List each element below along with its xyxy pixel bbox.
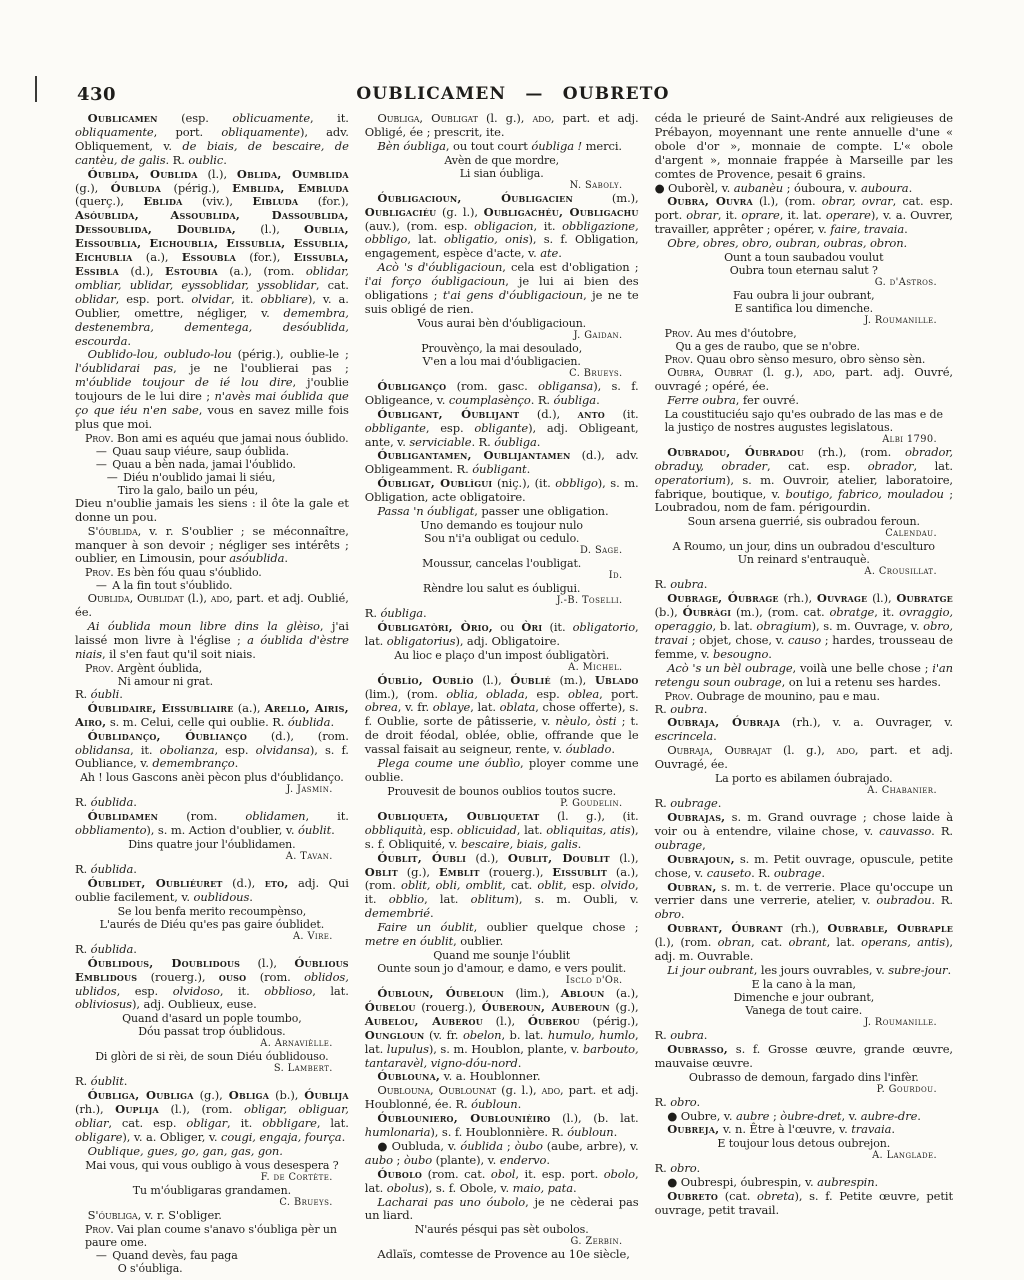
italic-text: óublit: [91, 1074, 124, 1088]
headword: Óubràgi: [683, 605, 732, 619]
italic-text: obbligante: [365, 421, 426, 435]
italic-text: t'ai gens d'óubligacioun: [443, 288, 583, 302]
headword: Óubligacioun, Óubligacien: [377, 191, 573, 205]
headword: Óublidamen: [88, 809, 159, 823]
italic-text: cauvasso: [879, 824, 931, 838]
dictionary-entry: Óubligacioun, Óubligacien (m.), Oubligac…: [365, 192, 639, 262]
italic-text: óubliga !: [531, 139, 582, 153]
dictionary-entry: Oublicamen (esp. oblicuamente, it. obliq…: [75, 112, 349, 168]
small-caps-text: Prov.: [85, 662, 114, 675]
italic-text: m'óublide toujour de ié lou dire: [75, 375, 293, 389]
dictionary-entry: Óublidet, Oubliéuret (d.), eto, adj. Qui…: [75, 877, 349, 905]
dictionary-entry: Oubradou, Óubradou (rh.), (rom. obrador,…: [655, 446, 953, 516]
italic-text: óublida: [91, 795, 134, 809]
dictionary-entry: Óubligat, Oublìgui (niç.), (it. obbligo)…: [365, 477, 639, 505]
dictionary-entry: Óubolo (rom. cat. obol, it. esp. port. o…: [365, 1168, 639, 1196]
italic-text: obran: [718, 935, 752, 949]
italic-text: nèulo, òsti: [555, 714, 616, 728]
headword: Óublit, Óubli: [377, 851, 466, 865]
dictionary-entry: Óublidamen (rom. oblidamen, it. obbliame…: [75, 810, 349, 838]
small-caps-text: ado,: [542, 1083, 564, 1097]
italic-text: lupulus: [387, 1042, 429, 1056]
headword: Oublit, Doublit: [508, 851, 610, 865]
italic-text: oblit: [537, 878, 563, 892]
headword: Óuberoun, Auberoun: [482, 1000, 610, 1014]
paragraph: Oublouna, Oublounat (g. l.), ado, part. …: [365, 1084, 639, 1112]
dictionary-entry: Óublouna, v. a. Houblonner.: [365, 1070, 639, 1084]
small-caps-text: Prov.: [665, 327, 694, 340]
italic-text: óublida: [460, 1139, 503, 1153]
italic-text: obliquitas, atis: [546, 823, 630, 837]
italic-text: obbligare: [262, 1116, 317, 1130]
italic-text: óubligant: [472, 462, 526, 476]
paragraph: Acò 's d'óubligacioun, cela est d'obliga…: [365, 261, 639, 317]
headword: Essoubla: [182, 250, 236, 264]
dictionary-entry: Oubliqueta, Oubliquetat (l. g.), (it. ob…: [365, 810, 639, 852]
citation-author: J. Roumanille.: [655, 315, 953, 327]
italic-text: obligansa: [538, 379, 593, 393]
headword: ouso: [219, 970, 247, 984]
headword: Oubreja,: [667, 1122, 719, 1136]
etymology-ref: R. óublit.: [75, 1075, 349, 1089]
dictionary-entry: Óublit, Óubli (d.), Oublit, Doublit (l.)…: [365, 852, 639, 922]
italic-text: oubra: [670, 1028, 704, 1042]
italic-text: aubo: [365, 1153, 393, 1167]
paragraph: Adlaïs, comtesse de Provence au 10e sièc…: [365, 1248, 639, 1262]
italic-text: obligatorius: [387, 634, 456, 648]
dictionary-entry: Oubreto (cat. obreta), s. f. Petite œuvr…: [655, 1190, 953, 1218]
italic-text: Passa 'n óubligat: [377, 504, 474, 518]
italic-text: oblata: [500, 700, 536, 714]
italic-text: obol: [491, 1167, 516, 1181]
proverb: Prov. Vai plan coume s'anavo s'óubliga p…: [75, 1223, 349, 1275]
citation-verse: Soun arsena guerrié, sis oubradou feroun…: [655, 515, 953, 528]
small-caps-text: ado,: [813, 365, 835, 379]
italic-text: obbliare: [260, 292, 307, 306]
italic-text: maio, pata: [513, 1181, 573, 1195]
etymology-ref: R. óublida.: [75, 943, 349, 957]
italic-text: Lacharai pas uno óubolo: [377, 1195, 525, 1209]
headword: Óubluda: [111, 181, 161, 195]
italic-text: olvidoso: [173, 984, 220, 998]
italic-text: aubrespin: [817, 1175, 874, 1189]
italic-text: óubliga: [380, 606, 423, 620]
headword: Oubreto: [667, 1189, 718, 1203]
citation-verse: Uno demando es toujour nuloSou n'i'a oub…: [365, 519, 639, 545]
italic-text: humlonaria: [365, 1125, 431, 1139]
headword: Oubran,: [667, 880, 716, 894]
dictionary-entry: Óubligant, Óublijant (d.), anto (it. obb…: [365, 408, 639, 450]
italic-text: obrar: [686, 208, 718, 222]
citation-verse: N'aurés pésqui pas sèt oubolos.: [365, 1223, 639, 1236]
column-right: céda le prieuré de Saint-André aux relig…: [655, 112, 953, 1275]
proverb: Prov. Bon ami es aquéu que jamai nous óu…: [75, 432, 349, 497]
italic-text: asóublida: [229, 551, 284, 565]
italic-text: Faire un óublit: [377, 920, 473, 934]
citation-verse: Moussur, cancelas l'oubligat.: [365, 557, 639, 570]
italic-text: obolianza: [160, 743, 215, 757]
headword: Oubradou, Óubradou: [667, 445, 804, 459]
italic-text: Ferre oubra: [667, 393, 736, 407]
italic-text: humulo, humlo: [548, 1028, 635, 1042]
etymology-ref: R. óublida.: [75, 796, 349, 810]
italic-text: Bèn óubliga: [377, 139, 445, 153]
etymology-ref: R. oubra.: [655, 578, 953, 592]
citation-verse: Quand d'asard un pople toumbo,Dóu passat…: [75, 1012, 349, 1038]
text-columns: Oublicamen (esp. oblicuamente, it. obliq…: [75, 112, 953, 1275]
etymology-ref: R. oubra.: [655, 1029, 953, 1043]
italic-text: causeto: [707, 866, 751, 880]
italic-text: Oublique, gues, go, gan, gas, gon.: [88, 1144, 283, 1158]
headword: Ouplija: [115, 1102, 159, 1116]
italic-text: obligatorio: [573, 620, 635, 634]
dictionary-entry: Óublidanço, Óublianço (d.), (rom. oblida…: [75, 730, 349, 772]
italic-text: obligante: [474, 421, 528, 435]
headword: Óublouna,: [377, 1069, 440, 1083]
headword: Ublado: [595, 673, 639, 687]
paragraph: Oubra, Oubrat (l. g.), ado, part. adj. O…: [655, 366, 953, 394]
proverb: La coustituciéu sajo qu'es oubrado de la…: [655, 408, 953, 434]
italic-text: obliquamente: [75, 125, 154, 139]
headword: Óublouniero, Oublounièiro: [377, 1111, 550, 1125]
headword: Emblida, Embluda: [232, 181, 349, 195]
headword: Emblit: [439, 865, 480, 879]
headword: Óubloun, Óubeloun: [377, 986, 504, 1000]
headword: Óubelou: [365, 1000, 416, 1014]
italic-text: òubo: [515, 1139, 543, 1153]
italic-text: oblidar: [75, 292, 116, 306]
etymology-ref: R. oubra.: [655, 703, 953, 717]
italic-text: ate: [540, 246, 558, 260]
italic-text: oubrage: [655, 838, 703, 852]
italic-text: obblio: [389, 892, 424, 906]
italic-text: óubliga: [554, 393, 597, 407]
etymology-ref: R. obro.: [655, 1162, 953, 1176]
dictionary-entry: Oubreja, v. n. Être à l'œuvre, v. travai…: [655, 1123, 953, 1137]
small-caps-text: S'óubliga,: [88, 1208, 142, 1222]
italic-text: oublic: [188, 153, 223, 167]
citation-author: Calendau.: [655, 528, 953, 540]
italic-text: a óublida d'èstre niais: [75, 633, 349, 661]
headword: Óubligant, Óublijant: [377, 407, 519, 421]
italic-text: bescaire, biais, galis: [461, 837, 578, 851]
headword: Óublié: [510, 673, 550, 687]
italic-text: obro: [655, 907, 681, 921]
paragraph: Faire un óublit, oublier quelque chose ;…: [365, 921, 639, 949]
italic-text: besougno: [713, 647, 768, 661]
italic-text: obligacion: [474, 219, 533, 233]
paragraph: Plega coume une óublìo, ployer comme une…: [365, 757, 639, 785]
headword: Óublidous, Doublidous: [88, 956, 241, 970]
citation-verse: E toujour lous detous oubrejon.: [655, 1137, 953, 1150]
headword: Oubligaciéu: [365, 205, 437, 219]
dictionary-entry: Óubligatòri, Òrio, ou Òri (it. obligator…: [365, 621, 639, 649]
paragraph: S'óublida, v. r. S'oublier ; se méconnaî…: [75, 525, 349, 567]
headword: Óublidaire, Eissubliaire: [88, 701, 234, 715]
italic-text: oblicuidad: [457, 823, 517, 837]
headword: Óublidanço, Óublianço: [88, 729, 247, 743]
italic-text: subre-jour: [888, 963, 947, 977]
citation-verse: Dins quatre jour l'óublidamen.: [75, 838, 349, 851]
headword: Obliga: [229, 1088, 269, 1102]
etymology-ref: R. obro.: [655, 1096, 953, 1110]
dictionary-entry: Oubrajas, s. m. Grand ouvrage ; chose la…: [655, 811, 953, 853]
headword: Óubliganço: [377, 379, 446, 393]
dictionary-entry: Oubrasso, s. f. Grosse œuvre, grande œuv…: [655, 1043, 953, 1071]
italic-text: oubrage: [670, 796, 718, 810]
italic-text: travaia: [851, 1122, 891, 1136]
proverb: Prov. Au mes d'óutobre, Qu a ges de raub…: [655, 327, 953, 353]
italic-text: Acò 's d'óubligacioun: [377, 260, 502, 274]
citation-verse: La porto es abilamen óubrajado.: [655, 772, 953, 785]
italic-text: operatorium: [655, 473, 726, 487]
headword: Oubrasso,: [667, 1042, 728, 1056]
headword: Ouvrage: [817, 591, 867, 605]
dictionary-entry: Óubliganço (rom. gasc. obligansa), s. f.…: [365, 380, 639, 408]
small-caps-text: S'óublida,: [88, 524, 142, 538]
headword: eto,: [265, 876, 289, 890]
paragraph-continuation: Dieu n'oublie jamais les siens : il ôte …: [75, 497, 349, 525]
headword: Oublicamen: [88, 111, 158, 125]
italic-text: endervo: [500, 1153, 547, 1167]
etymology-ref: R. óubli.: [75, 688, 349, 702]
italic-text: obblioso: [264, 984, 312, 998]
paragraph: Acò 's un bèl oubrage, voilà une belle c…: [655, 662, 953, 690]
small-caps-text: Oubliga, Oubligat: [377, 111, 477, 125]
italic-text: obragium: [756, 619, 811, 633]
italic-text: demembranço: [152, 756, 234, 770]
italic-text: óubli: [91, 687, 120, 701]
etymology-ref: R. oubrage.: [655, 797, 953, 811]
italic-text: Ai óublida moun libre dins la glèiso: [88, 619, 320, 633]
dictionary-entry: Oubran, s. m. t. de verrerie. Place qu'o…: [655, 881, 953, 923]
italic-text: olvido: [601, 878, 635, 892]
headword: Óubligat, Oublìgui: [377, 476, 492, 490]
citation-verse: Rèndre lou salut es óubligui.: [365, 582, 639, 595]
small-caps-text: Oublida, Oublidat: [88, 591, 184, 605]
italic-text: oubrage: [774, 866, 822, 880]
citation-verse: Prouvesit de bounos oublios toutos sucre…: [365, 785, 639, 798]
headword: Oblida, Oumblida: [237, 167, 349, 181]
italic-text: óubloun: [567, 1125, 613, 1139]
italic-text: obrea: [365, 700, 398, 714]
italic-text: oblit, obli, omblit: [401, 878, 502, 892]
dictionary-entry: Óublidaire, Eissubliaire (a.), Arello, A…: [75, 702, 349, 730]
citation-verse: Se lou benfa merito recoumpènso,L'aurés …: [75, 905, 349, 931]
dictionary-entry: Óublouniero, Oublounièiro (l.), (b. lat.…: [365, 1112, 639, 1140]
italic-text: l'óublidarai pas: [75, 361, 173, 375]
italic-text: obrador: [868, 459, 914, 473]
italic-text: obolus: [387, 1181, 425, 1195]
paragraph: Passa 'n óubligat, passer une obligation…: [365, 505, 639, 519]
italic-text: óubloun: [471, 1097, 517, 1111]
italic-text: Li jour oubrant: [667, 963, 754, 977]
italic-text: causo: [788, 633, 821, 647]
paragraph: S'óubliga, v. r. S'obliger.: [75, 1209, 349, 1223]
dictionary-entry: Óublidous, Doublidous (l.), Óublious Emb…: [75, 957, 349, 1013]
headword: Oubrajas,: [667, 810, 725, 824]
headword: Aubelou, Auberou: [365, 1014, 483, 1028]
citation-author: D. Sage.: [365, 545, 639, 557]
citation-verse: Ount a toun saubadou voulutOubra toun et…: [655, 251, 953, 277]
italic-text: aubre: [736, 1109, 769, 1123]
italic-text: operare: [826, 208, 871, 222]
dictionary-entry: Oubrant, Óubrant (rh.), Oubrable, Oubrap…: [655, 922, 953, 964]
proverb: Prov. Es bèn fóu quau s'óublido. — A la …: [75, 566, 349, 592]
running-head: OUBLICAMEN — OUBRETO: [75, 82, 951, 104]
citation-verse: Fau oubra li jour oubrant,E santifica lo…: [655, 289, 953, 315]
paragraph: ● Oubrespi, óubrespin, v. aubrespin.: [655, 1176, 953, 1190]
headword: Oubrant, Óubrant: [667, 921, 782, 935]
italic-text: òubo: [404, 1153, 432, 1167]
italic-text: escrincela: [655, 729, 714, 743]
small-caps-text: Oublouna, Oublounat: [377, 1083, 496, 1097]
italic-text: Acò 's un bèl oubrage: [667, 661, 792, 675]
italic-text: obratge: [829, 605, 874, 619]
paragraph: Ferre oubra, fer ouvré.: [655, 394, 953, 408]
citation-verse: Quand me sounje l'óublitOunte soun jo d'…: [365, 949, 639, 975]
small-caps-text: Prov.: [85, 566, 114, 579]
headword: Óublida, Oublida: [88, 167, 198, 181]
italic-text: aubre-dre: [861, 1109, 918, 1123]
citation-verse: Di glòri de si rèi, de soun Diéu óublido…: [75, 1050, 349, 1063]
italic-text: obbligo: [555, 476, 598, 490]
paragraph: Obre, obres, obro, oubran, oubras, obron…: [655, 237, 953, 251]
italic-text: óublida: [288, 715, 331, 729]
italic-text: oubra: [670, 702, 704, 716]
italic-text: serviciable: [409, 435, 471, 449]
headword: Oubrage, Óubrage: [667, 591, 779, 605]
small-caps-text: Prov.: [85, 1223, 114, 1236]
citation-verse: Ah ! lous Gascons anèi pècon plus d'óubl…: [75, 771, 349, 784]
dictionary-entry: Óubliga, Oubliga (g.), Obliga (b.), Óubl…: [75, 1089, 349, 1145]
small-caps-text: ado,: [836, 743, 858, 757]
headword: Eibluda: [252, 194, 298, 208]
headword: Oungloun: [365, 1028, 425, 1042]
headword: Óublìo, Oublìo: [377, 673, 473, 687]
paragraph: Lacharai pas uno óubolo, je ne cèderai p…: [365, 1196, 639, 1224]
etymology-ref: R. óublida.: [75, 863, 349, 877]
paragraph: Ai óublida moun libre dins la glèiso, j'…: [75, 620, 349, 662]
citation-author: P. Gourdou.: [655, 1084, 953, 1096]
italic-text: oblitum: [471, 892, 515, 906]
italic-text: óublida: [91, 942, 134, 956]
italic-text: oblea: [568, 687, 599, 701]
italic-text: oblaye: [433, 700, 471, 714]
italic-text: oblidansa: [75, 743, 130, 757]
italic-text: operans, antis: [861, 935, 945, 949]
headword: Óubliga, Oubliga: [88, 1088, 194, 1102]
paragraph: Oublido-lou, oubludo-lou (périg.), oubli…: [75, 348, 349, 431]
italic-text: Oublido-lou, oubludo-lou: [88, 347, 232, 361]
headword: Óubolo: [377, 1167, 422, 1181]
italic-text: aubanèu: [734, 181, 783, 195]
headword: Òri: [521, 620, 542, 634]
headword: Oubrable, Oubraple: [827, 921, 953, 935]
headword: Óublija: [304, 1088, 349, 1102]
headword: Abloun: [561, 986, 605, 1000]
page-header: 430 OUBLICAMEN — OUBRETO: [75, 82, 951, 108]
italic-text: demembrié: [365, 906, 430, 920]
italic-text: olvidar: [191, 292, 231, 306]
citation-verse: Au lioc e plaço d'un impost óubligatòri.: [365, 649, 639, 662]
italic-text: obrar, ovrar: [822, 194, 893, 208]
italic-text: Obre, obres, obro, oubran, oubras, obron…: [667, 236, 907, 250]
scan-artifact: [35, 76, 37, 102]
paragraph: Li jour oubrant, les jours ouvrables, v.…: [655, 964, 953, 978]
italic-text: i'ai forço óubligacioun: [365, 274, 506, 288]
citation-verse: Oubrasso de demoun, fargado dins l'infèr…: [655, 1071, 953, 1084]
italic-text: auboura: [861, 181, 909, 195]
citation-author: A. Arnavièlle.: [75, 1038, 349, 1050]
italic-text: obolo: [604, 1167, 635, 1181]
italic-text: oubra: [670, 577, 704, 591]
page-number: 430: [77, 84, 116, 105]
citation-verse: Tu m'óubligaras grandamen.: [75, 1184, 349, 1197]
citation-author: G. d'Astros.: [655, 277, 953, 289]
headword: Oubliqueta, Oubliquetat: [377, 809, 539, 823]
dictionary-entry: Óubloun, Óubeloun (lim.), Abloun (a.), Ó…: [365, 987, 639, 1070]
italic-text: metre en óublit: [365, 934, 453, 948]
headword: Eissublit: [552, 865, 607, 879]
citation-author: F. de Cortète.: [75, 1172, 349, 1184]
italic-text: óubliga: [494, 435, 537, 449]
small-caps-text: ado,: [532, 111, 554, 125]
proverb: Prov. Argènt óublida, Ni amour ni grat.: [75, 662, 349, 688]
small-caps-text: Oubraja, Oubrajat: [667, 743, 771, 757]
italic-text: obligare: [75, 1130, 122, 1144]
citation-verse: A Roumo, un jour, dins un oubradou d'esc…: [655, 540, 953, 566]
italic-text: oubradou: [876, 893, 931, 907]
headword: Eblida: [143, 194, 182, 208]
italic-text: obreta: [757, 1189, 794, 1203]
citation-verse: Mai vous, qui vous oubligo à vous desesp…: [75, 1159, 349, 1172]
dictionary-entry: Oubrage, Óubrage (rh.), Ouvrage (l.), Ou…: [655, 592, 953, 662]
citation-verse: Vous aurai bèn d'óubligacioun.: [365, 317, 639, 330]
italic-text: Plega coume une óublìo: [377, 756, 520, 770]
italic-text: cougi, engaja, fourça: [221, 1130, 342, 1144]
italic-text: oprare: [741, 208, 779, 222]
headword: Oubrajoun,: [667, 852, 735, 866]
headword: Óubligatòri, Òrio,: [377, 620, 493, 634]
italic-text: oblidamen: [245, 809, 305, 823]
paragraph-continuation: ● Ouborèl, v. aubanèu ; óuboura, v. aubo…: [655, 182, 953, 196]
italic-text: oublidous: [194, 890, 250, 904]
dictionary-page: 430 OUBLICAMEN — OUBRETO Oublicamen (esp…: [0, 0, 1024, 1280]
headword: Oubra, Ouvra: [667, 194, 753, 208]
paragraph: Oublida, Oublidat (l.), ado, part. et ad…: [75, 592, 349, 620]
dictionary-entry: Óublida, Oublida (l.), Oblida, Oumblida …: [75, 168, 349, 349]
paragraph: Bèn óubliga, ou tout court óubliga ! mer…: [365, 140, 639, 154]
italic-text: demembra, destenembra, dementega, desóub…: [75, 306, 349, 348]
italic-text: obelon: [463, 1028, 502, 1042]
italic-text: olvidansa: [256, 743, 310, 757]
headword: Oubligachéu, Oubligachu: [484, 205, 639, 219]
headword: Óubligantamen, Oublijantamen: [377, 448, 570, 462]
italic-text: obligar: [186, 1116, 227, 1130]
paragraph: Oubraja, Oubrajat (l. g.), ado, part. et…: [655, 744, 953, 772]
citation-author: Id.: [365, 570, 639, 582]
etymology-ref: R. óubliga.: [365, 607, 639, 621]
headword: Óuberou: [528, 1014, 580, 1028]
column-left: Oublicamen (esp. oblicuamente, it. obliq…: [75, 112, 349, 1275]
paragraph: Oubliga, Oubligat (l. g.), ado, part. et…: [365, 112, 639, 140]
headword: Oblit: [365, 865, 398, 879]
italic-text: obliviosus: [75, 997, 132, 1011]
italic-text: coumplasènço: [449, 393, 531, 407]
italic-text: óublado: [566, 742, 612, 756]
dictionary-entry: Oubrajoun, s. m. Petit ouvrage, opuscule…: [655, 853, 953, 881]
